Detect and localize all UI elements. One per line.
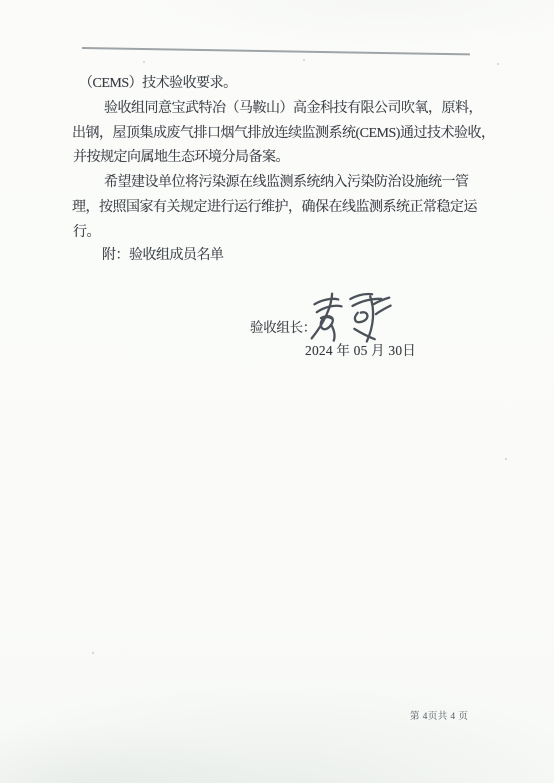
body-line-4: 并按规定向属地生态环境分局备案。 xyxy=(73,146,289,166)
body-line-3: 出钢，屋顶集成废气排口烟气排放连续监测系统(CEMS)通过技术验收， xyxy=(72,122,494,142)
body-line-7: 行。 xyxy=(73,221,100,241)
signature-date: 2024 年 05 月 30日 xyxy=(305,339,416,359)
signature-label: 验收组长： xyxy=(250,316,316,336)
body-line-6: 理，按照国家有关规定进行运行维护，确保在线监测系统正常稳定运 xyxy=(72,196,477,216)
scan-speckle xyxy=(505,458,507,460)
header-rule-line xyxy=(82,47,470,55)
attachment-line: 附：验收组成员名单 xyxy=(102,244,224,264)
body-line-1: （CEMS）技术验收要求。 xyxy=(79,72,237,92)
body-line-5: 希望建设单位将污染源在线监测系统纳入污染防治设施统一管 xyxy=(104,171,469,191)
scan-speckle xyxy=(497,63,499,65)
body-line-2: 验收组同意宝武特冶（马鞍山）高金科技有限公司吹氧，原料， xyxy=(104,97,482,117)
scan-speckle xyxy=(143,61,145,63)
scan-speckle xyxy=(303,59,305,61)
page-number-footer: 第 4页共 4 页 xyxy=(410,708,468,722)
scan-speckle xyxy=(92,652,94,654)
scanned-document-page: （CEMS）技术验收要求。 验收组同意宝武特冶（马鞍山）高金科技有限公司吹氧，原… xyxy=(0,0,554,783)
scan-texture-overlay xyxy=(0,0,554,783)
